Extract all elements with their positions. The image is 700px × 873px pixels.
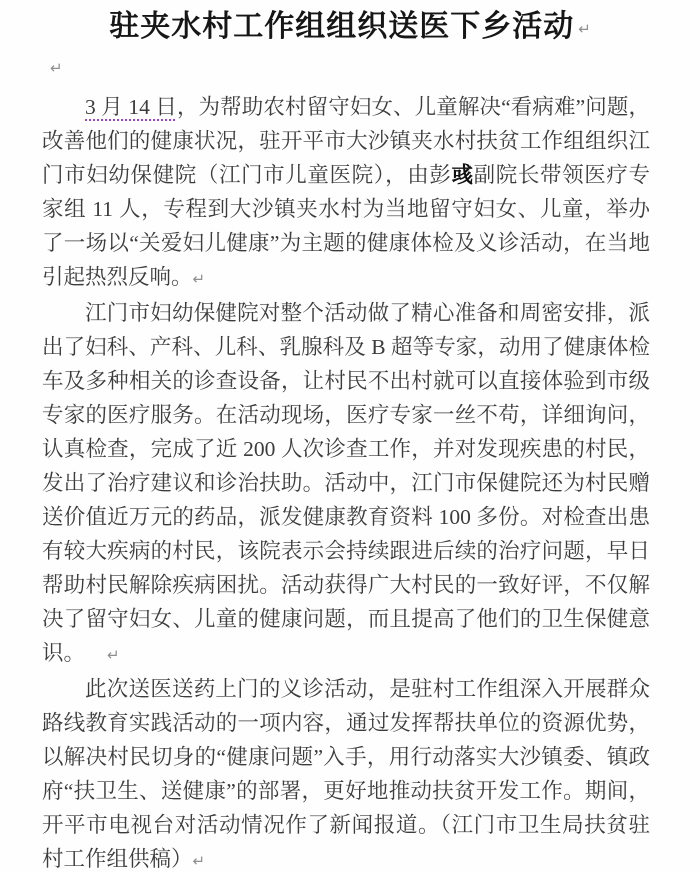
pilcrow-icon: ↵ <box>50 59 63 77</box>
paragraph-2-text: 江门市妇幼保健院对整个活动做了精心准备和周密安排，派出了妇科、产科、儿科、乳腺科… <box>42 301 650 665</box>
pilcrow-icon: ↵ <box>578 20 591 38</box>
pilcrow-icon: ↵ <box>193 852 206 870</box>
date-smart-tag-underline: 3 月 14 日 <box>85 95 177 119</box>
paragraph-3: 此次送医送药上门的义诊活动，是驻村工作组深入开展群众路线教育实践活动的一项内容，… <box>42 672 650 873</box>
document-title-text: 驻夹水村工作组组织送医下乡活动 <box>109 10 574 43</box>
document-title: 驻夹水村工作组组织送医下乡活动↵ <box>0 5 700 51</box>
paragraph-2: 江门市妇幼保健院对整个活动做了精心准备和周密安排，派出了妇科、产科、儿科、乳腺科… <box>42 296 650 672</box>
document-body: 3 月 14 日，为帮助农村留守妇女、儿童解决“看病难”问题，改善他们的健康状况… <box>42 90 650 873</box>
paragraph-1: 3 月 14 日，为帮助农村留守妇女、儿童解决“看病难”问题，改善他们的健康状况… <box>42 90 650 296</box>
document-page: 驻夹水村工作组组织送医下乡活动↵ ↵ 3 月 14 日，为帮助农村留守妇女、儿童… <box>0 0 700 873</box>
pilcrow-icon: ↵ <box>107 646 120 664</box>
pilcrow-icon: ↵ <box>193 270 206 288</box>
paragraph-3-text: 此次送医送药上门的义诊活动，是驻村工作组深入开展群众路线教育实践活动的一项内容，… <box>42 677 650 871</box>
empty-paragraph: ↵ <box>0 51 700 86</box>
fallback-font-glyph: 彧 <box>452 163 474 187</box>
